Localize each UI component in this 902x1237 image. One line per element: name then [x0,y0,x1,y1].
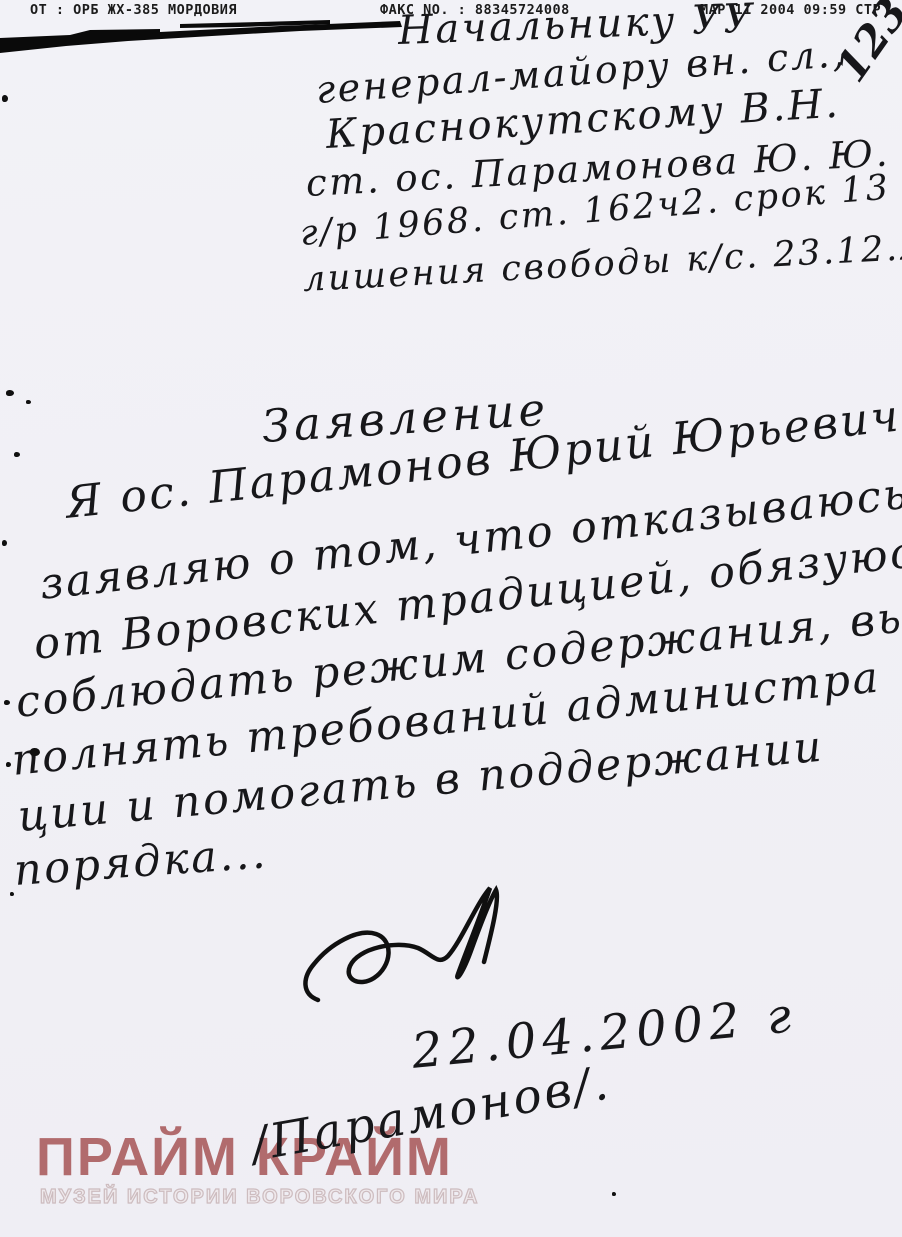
signature-scrawl [300,882,530,1007]
scan-speck [26,400,31,404]
scan-speck [2,540,7,546]
scan-speck [612,1192,616,1196]
scan-speck [10,892,14,896]
watermark-subtitle: МУЗЕЙ ИСТОРИИ ВОРОВСКОГО МИРА [40,1186,479,1209]
scan-speck [700,160,704,163]
fax-document-page: ОТ : ОРБ ЖХ-385 МОРДОВИЯ ФАКС NO. : 8834… [0,0,902,1237]
scan-speck [6,762,11,767]
scan-speck [6,390,14,396]
scan-speck [30,748,40,756]
scan-artifact-line [0,20,410,54]
scan-speck [4,700,10,705]
fax-header-from: ОТ : ОРБ ЖХ-385 МОРДОВИЯ [30,2,237,18]
scan-speck [14,452,20,457]
scan-speck [2,95,8,102]
